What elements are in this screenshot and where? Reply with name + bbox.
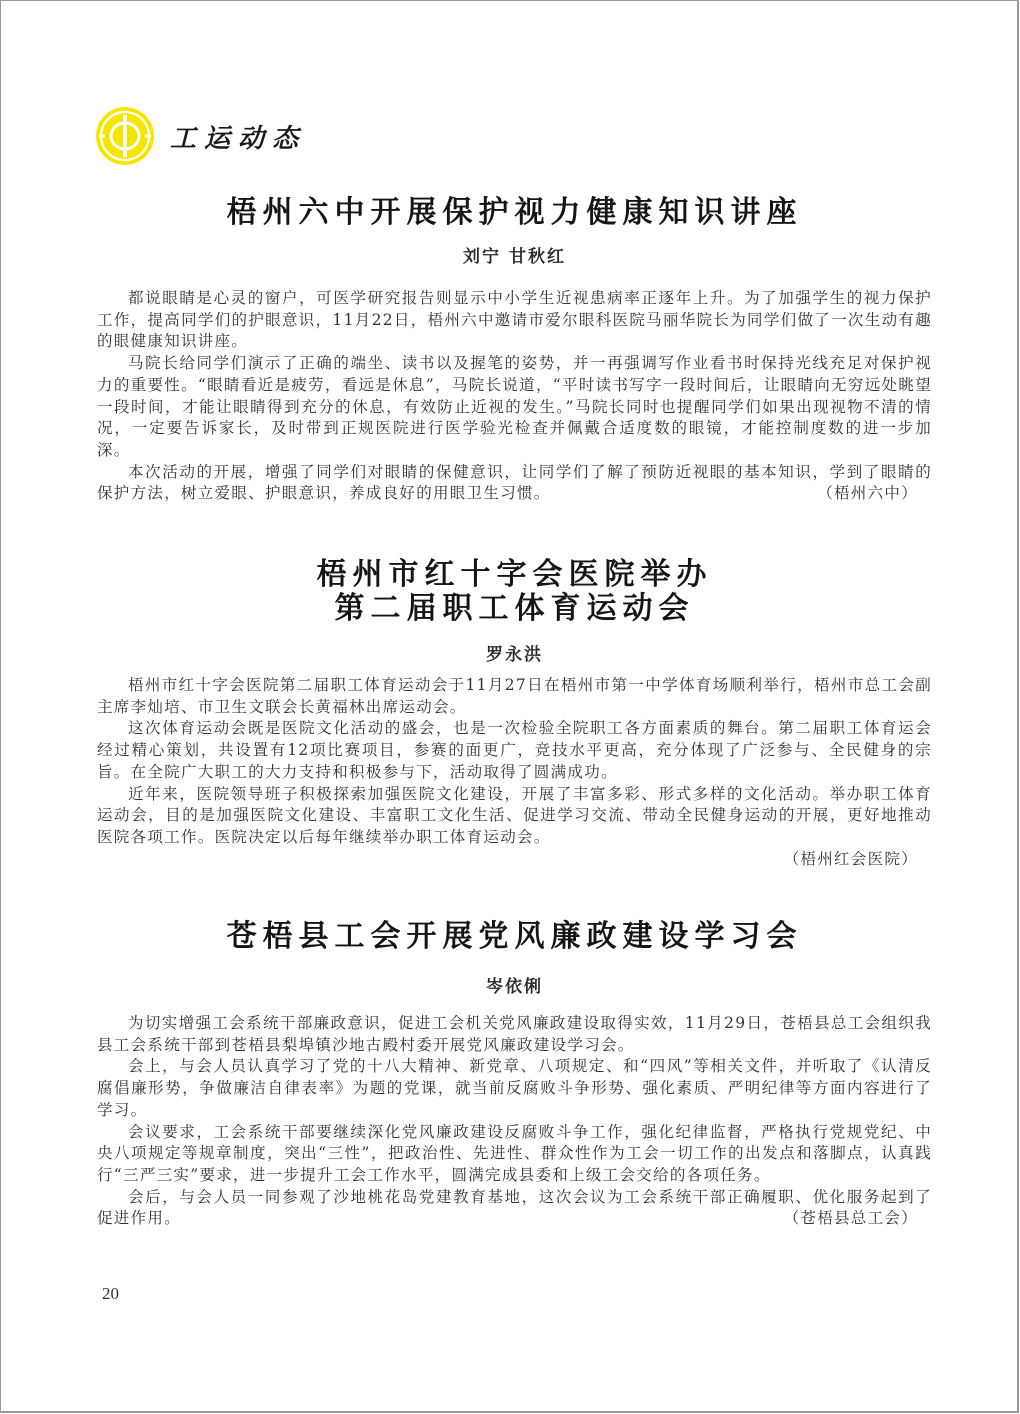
paragraph: 这次体育运动会既是医院文化活动的盛会，也是一次检验全院职工各方面素质的舞台。第二… bbox=[97, 718, 932, 783]
paragraph: 都说眼睛是心灵的窗户，可医学研究报告则显示中小学生近视患病率正逐年上升。为了加强… bbox=[97, 288, 932, 353]
paragraph: 会上，与会人员认真学习了党的十八大精神、新党章、八项规定、和“四风”等相关文件，… bbox=[97, 1056, 932, 1121]
article-author: 岑依俐 bbox=[97, 972, 932, 997]
article-source: （梧州六中） bbox=[786, 483, 918, 505]
paragraph: 马院长给同学们演示了正确的端坐、读书以及握笔的姿势，并一再强调写作业看书时保持光… bbox=[97, 353, 932, 462]
article-body: 梧州市红十字会医院第二届职工体育运动会于11月27日在梧州市第一中学体育场顺利举… bbox=[97, 675, 932, 870]
article-title: 梧州六中开展保护视力健康知识讲座 bbox=[97, 196, 932, 230]
paragraph: 梧州市红十字会医院第二届职工体育运动会于11月27日在梧州市第一中学体育场顺利举… bbox=[97, 675, 932, 718]
article-source: （苍梧县总工会） bbox=[753, 1208, 918, 1230]
article-body: 都说眼睛是心灵的窗户，可医学研究报告则显示中小学生近视患病率正逐年上升。为了加强… bbox=[97, 288, 932, 505]
article-title-line-2: 第二届职工体育运动会 bbox=[97, 592, 932, 626]
article-source: （梧州红会医院） bbox=[784, 849, 918, 871]
article-eye-health-lecture: 梧州六中开展保护视力健康知识讲座 刘宁 甘秋红 都说眼睛是心灵的窗户，可医学研究… bbox=[97, 196, 932, 505]
paragraph: 会后，与会人员一同参观了沙地桃花岛党建教育基地，这次会议为工会系统干部正确履职、… bbox=[97, 1187, 932, 1230]
paragraph: 会议要求，工会系统干部要继续深化党风廉政建设反腐败斗争工作，强化纪律监督，严格执… bbox=[97, 1122, 932, 1187]
article-author: 刘宁 甘秋红 bbox=[97, 242, 932, 267]
article-red-cross-sports-meet: 梧州市红十字会医院举办 第二届职工体育运动会 罗永洪 梧州市红十字会医院第二届职… bbox=[97, 558, 932, 870]
section-title: 工运动态 bbox=[170, 118, 306, 155]
article-body: 为切实增强工会系统干部廉政意识，促进工会机关党风廉政建设取得实效，11月29日，… bbox=[97, 1013, 932, 1230]
article-party-integrity-meeting: 苍梧县工会开展党风廉政建设学习会 岑依俐 为切实增强工会系统干部廉政意识，促进工… bbox=[97, 920, 932, 1230]
source-line: （梧州红会医院） bbox=[97, 849, 932, 871]
page-number: 20 bbox=[102, 1284, 119, 1304]
article-author: 罗永洪 bbox=[97, 640, 932, 665]
paragraph: 本次活动的开展，增强了同学们对眼睛的保健意识，让同学们了解了预防近视眼的基本知识… bbox=[97, 462, 932, 505]
paragraph: 近年来，医院领导班子积极探索加强医院文化建设，开展了丰富多彩、形式多样的文化活动… bbox=[97, 784, 932, 849]
section-header: 工运动态 bbox=[94, 104, 306, 168]
article-title: 苍梧县工会开展党风廉政建设学习会 bbox=[97, 920, 932, 954]
trade-union-logo-icon bbox=[94, 105, 156, 167]
paragraph: 为切实增强工会系统干部廉政意识，促进工会机关党风廉政建设取得实效，11月29日，… bbox=[97, 1013, 932, 1056]
article-title-line-1: 梧州市红十字会医院举办 bbox=[97, 558, 932, 592]
